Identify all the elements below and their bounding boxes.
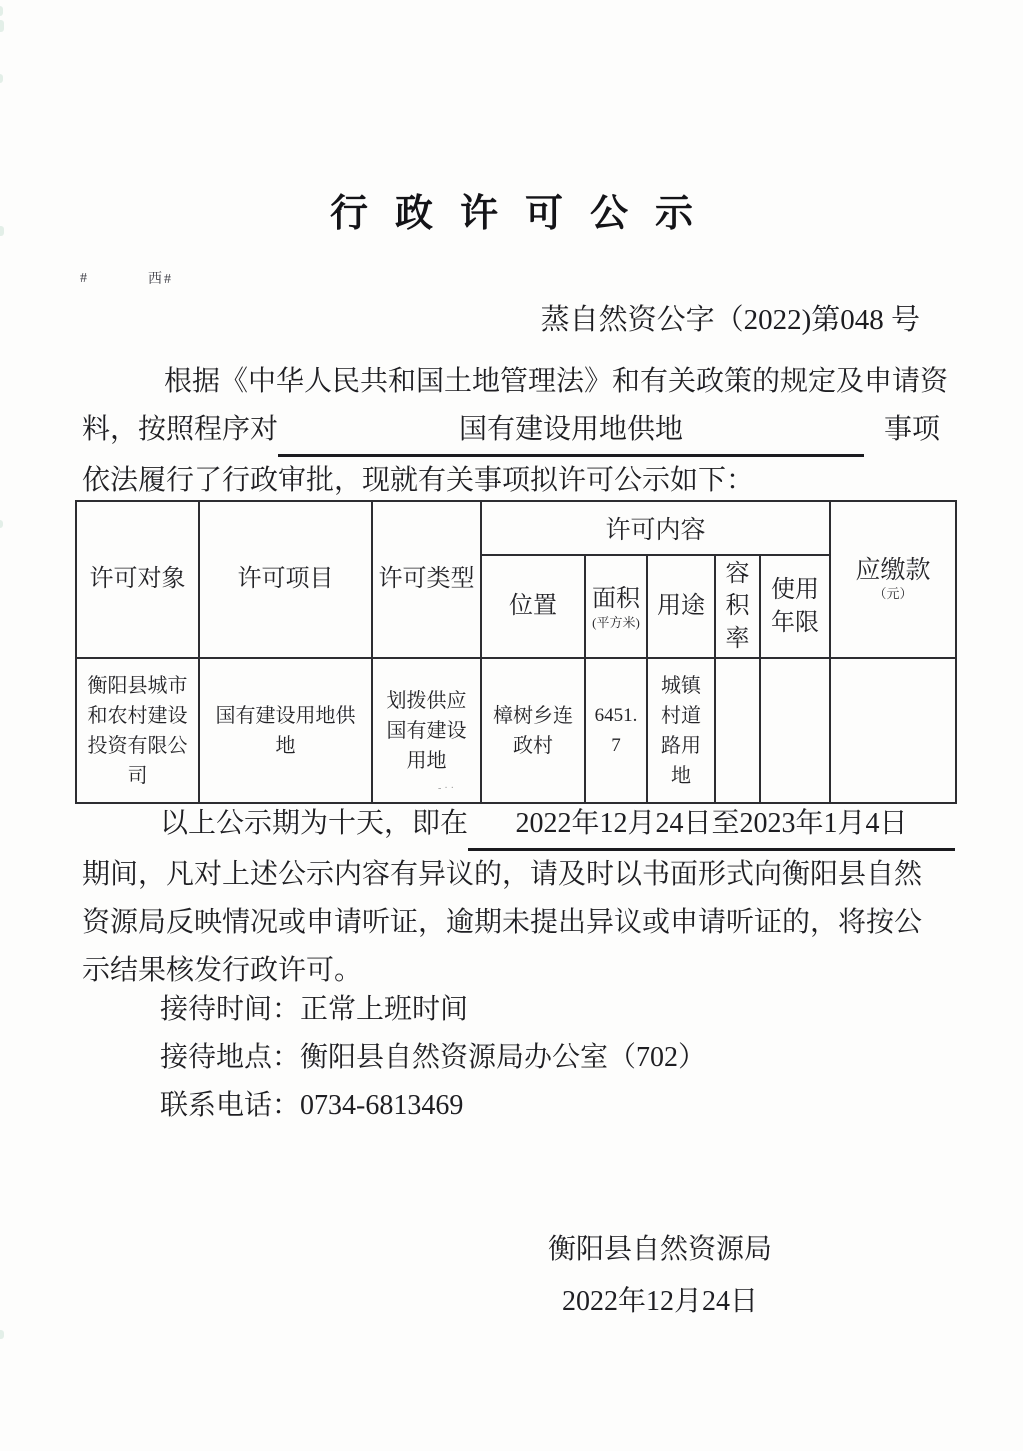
scan-noise-mark: -·· xyxy=(438,783,457,794)
header-permit-object: 许可对象 xyxy=(76,501,199,658)
scan-smudge xyxy=(0,6,3,16)
header-usage: 用途 xyxy=(647,555,715,658)
cell-permit-project: 国有建设用地供地 xyxy=(199,658,372,803)
signature-block: 衡阳县自然资源局 2022年12月24日 xyxy=(500,1224,820,1328)
notice-line-2: 期间，凡对上述公示内容有异议的，请及时以书面形式向衡阳县自然 xyxy=(82,851,955,899)
header-payable: 应缴款 （元） xyxy=(830,501,956,658)
header-area: 面积 (平方米) xyxy=(585,555,647,658)
cell-permit-object: 衡阳县城市和农村建设投资有限公司 xyxy=(76,658,199,803)
contact-place: 接待地点：衡阳县自然资源局办公室（702） xyxy=(160,1034,706,1082)
contact-info: 接待时间：正常上班时间 接待地点：衡阳县自然资源局办公室（702） 联系电话：0… xyxy=(160,986,706,1130)
document-title: 行政许可公示 xyxy=(0,182,1023,237)
header-payable-label: 应缴款 xyxy=(856,557,931,584)
document-number: 蒸自然资公字（2022)第048 号 xyxy=(541,297,920,338)
intro-line-2-prefix: 料，按照程序对 xyxy=(82,406,278,457)
cell-area: 6451.7 xyxy=(585,658,647,803)
header-area-unit: (平方米) xyxy=(590,615,642,631)
header-tenure: 使用年限 xyxy=(760,555,830,658)
header-area-label: 面积 xyxy=(592,586,640,612)
cell-plot-ratio xyxy=(715,658,760,803)
notice-line-3: 资源局反映情况或申请听证，逾期未提出异议或申请听证的，将按公 xyxy=(82,899,955,947)
intro-line-2: 料，按照程序对 国有建设用地供地 事项 xyxy=(82,406,940,457)
scan-smudge xyxy=(0,520,3,528)
contact-phone: 联系电话：0734-6813469 xyxy=(160,1082,706,1130)
header-permit-content: 许可内容 xyxy=(481,501,830,555)
intro-paragraph: 根据《中华人民共和国土地管理法》和有关政策的规定及申请资 料，按照程序对 国有建… xyxy=(82,358,940,505)
stray-scan-mark: # xyxy=(80,271,87,287)
scan-smudge xyxy=(0,20,4,32)
signature-org: 衡阳县自然资源局 xyxy=(500,1224,820,1276)
intro-line-3: 依法履行了行政审批，现就有关事项拟许可公示如下： xyxy=(82,457,940,505)
header-plot-ratio: 容积率 xyxy=(715,555,760,658)
notice-paragraph: 以上公示期为十天，即在 2022年12月24日至2023年1月4日 期间，凡对上… xyxy=(82,800,955,995)
scanned-document-page: 行政许可公示 # 西# 蒸自然资公字（2022)第048 号 根据《中华人民共和… xyxy=(0,0,1023,1451)
stray-scan-mark: 西# xyxy=(148,268,173,288)
cell-location: 樟树乡连政村 xyxy=(481,658,585,803)
header-permit-type: 许可类型 xyxy=(372,501,481,658)
contact-time: 接待时间：正常上班时间 xyxy=(160,986,706,1034)
header-location: 位置 xyxy=(481,555,585,658)
header-payable-unit: （元） xyxy=(835,586,951,602)
underline-period: 2022年12月24日至2023年1月4日 xyxy=(468,800,955,851)
intro-line-1: 根据《中华人民共和国土地管理法》和有关政策的规定及申请资 xyxy=(82,358,940,406)
notice-line-1: 以上公示期为十天，即在 2022年12月24日至2023年1月4日 xyxy=(82,800,955,851)
cell-tenure xyxy=(760,658,830,803)
table-row: 衡阳县城市和农村建设投资有限公司 国有建设用地供地 划拨供应国有建设用地 樟树乡… xyxy=(76,658,956,803)
scan-smudge xyxy=(0,74,3,83)
header-permit-project: 许可项目 xyxy=(199,501,372,658)
intro-line-2-suffix: 事项 xyxy=(864,406,940,457)
scan-smudge xyxy=(0,1330,4,1339)
cell-permit-type: 划拨供应国有建设用地 xyxy=(372,658,481,803)
blank-underline-project: 国有建设用地供地 xyxy=(278,406,864,457)
permit-table: 许可对象 许可项目 许可类型 许可内容 应缴款 （元） 位置 面积 (平方米) … xyxy=(75,500,957,804)
notice-line-1-prefix: 以上公示期为十天，即在 xyxy=(82,800,468,851)
cell-payable xyxy=(830,658,956,803)
cell-usage: 城镇村道路用地 xyxy=(647,658,715,803)
signature-date: 2022年12月24日 xyxy=(500,1276,820,1328)
